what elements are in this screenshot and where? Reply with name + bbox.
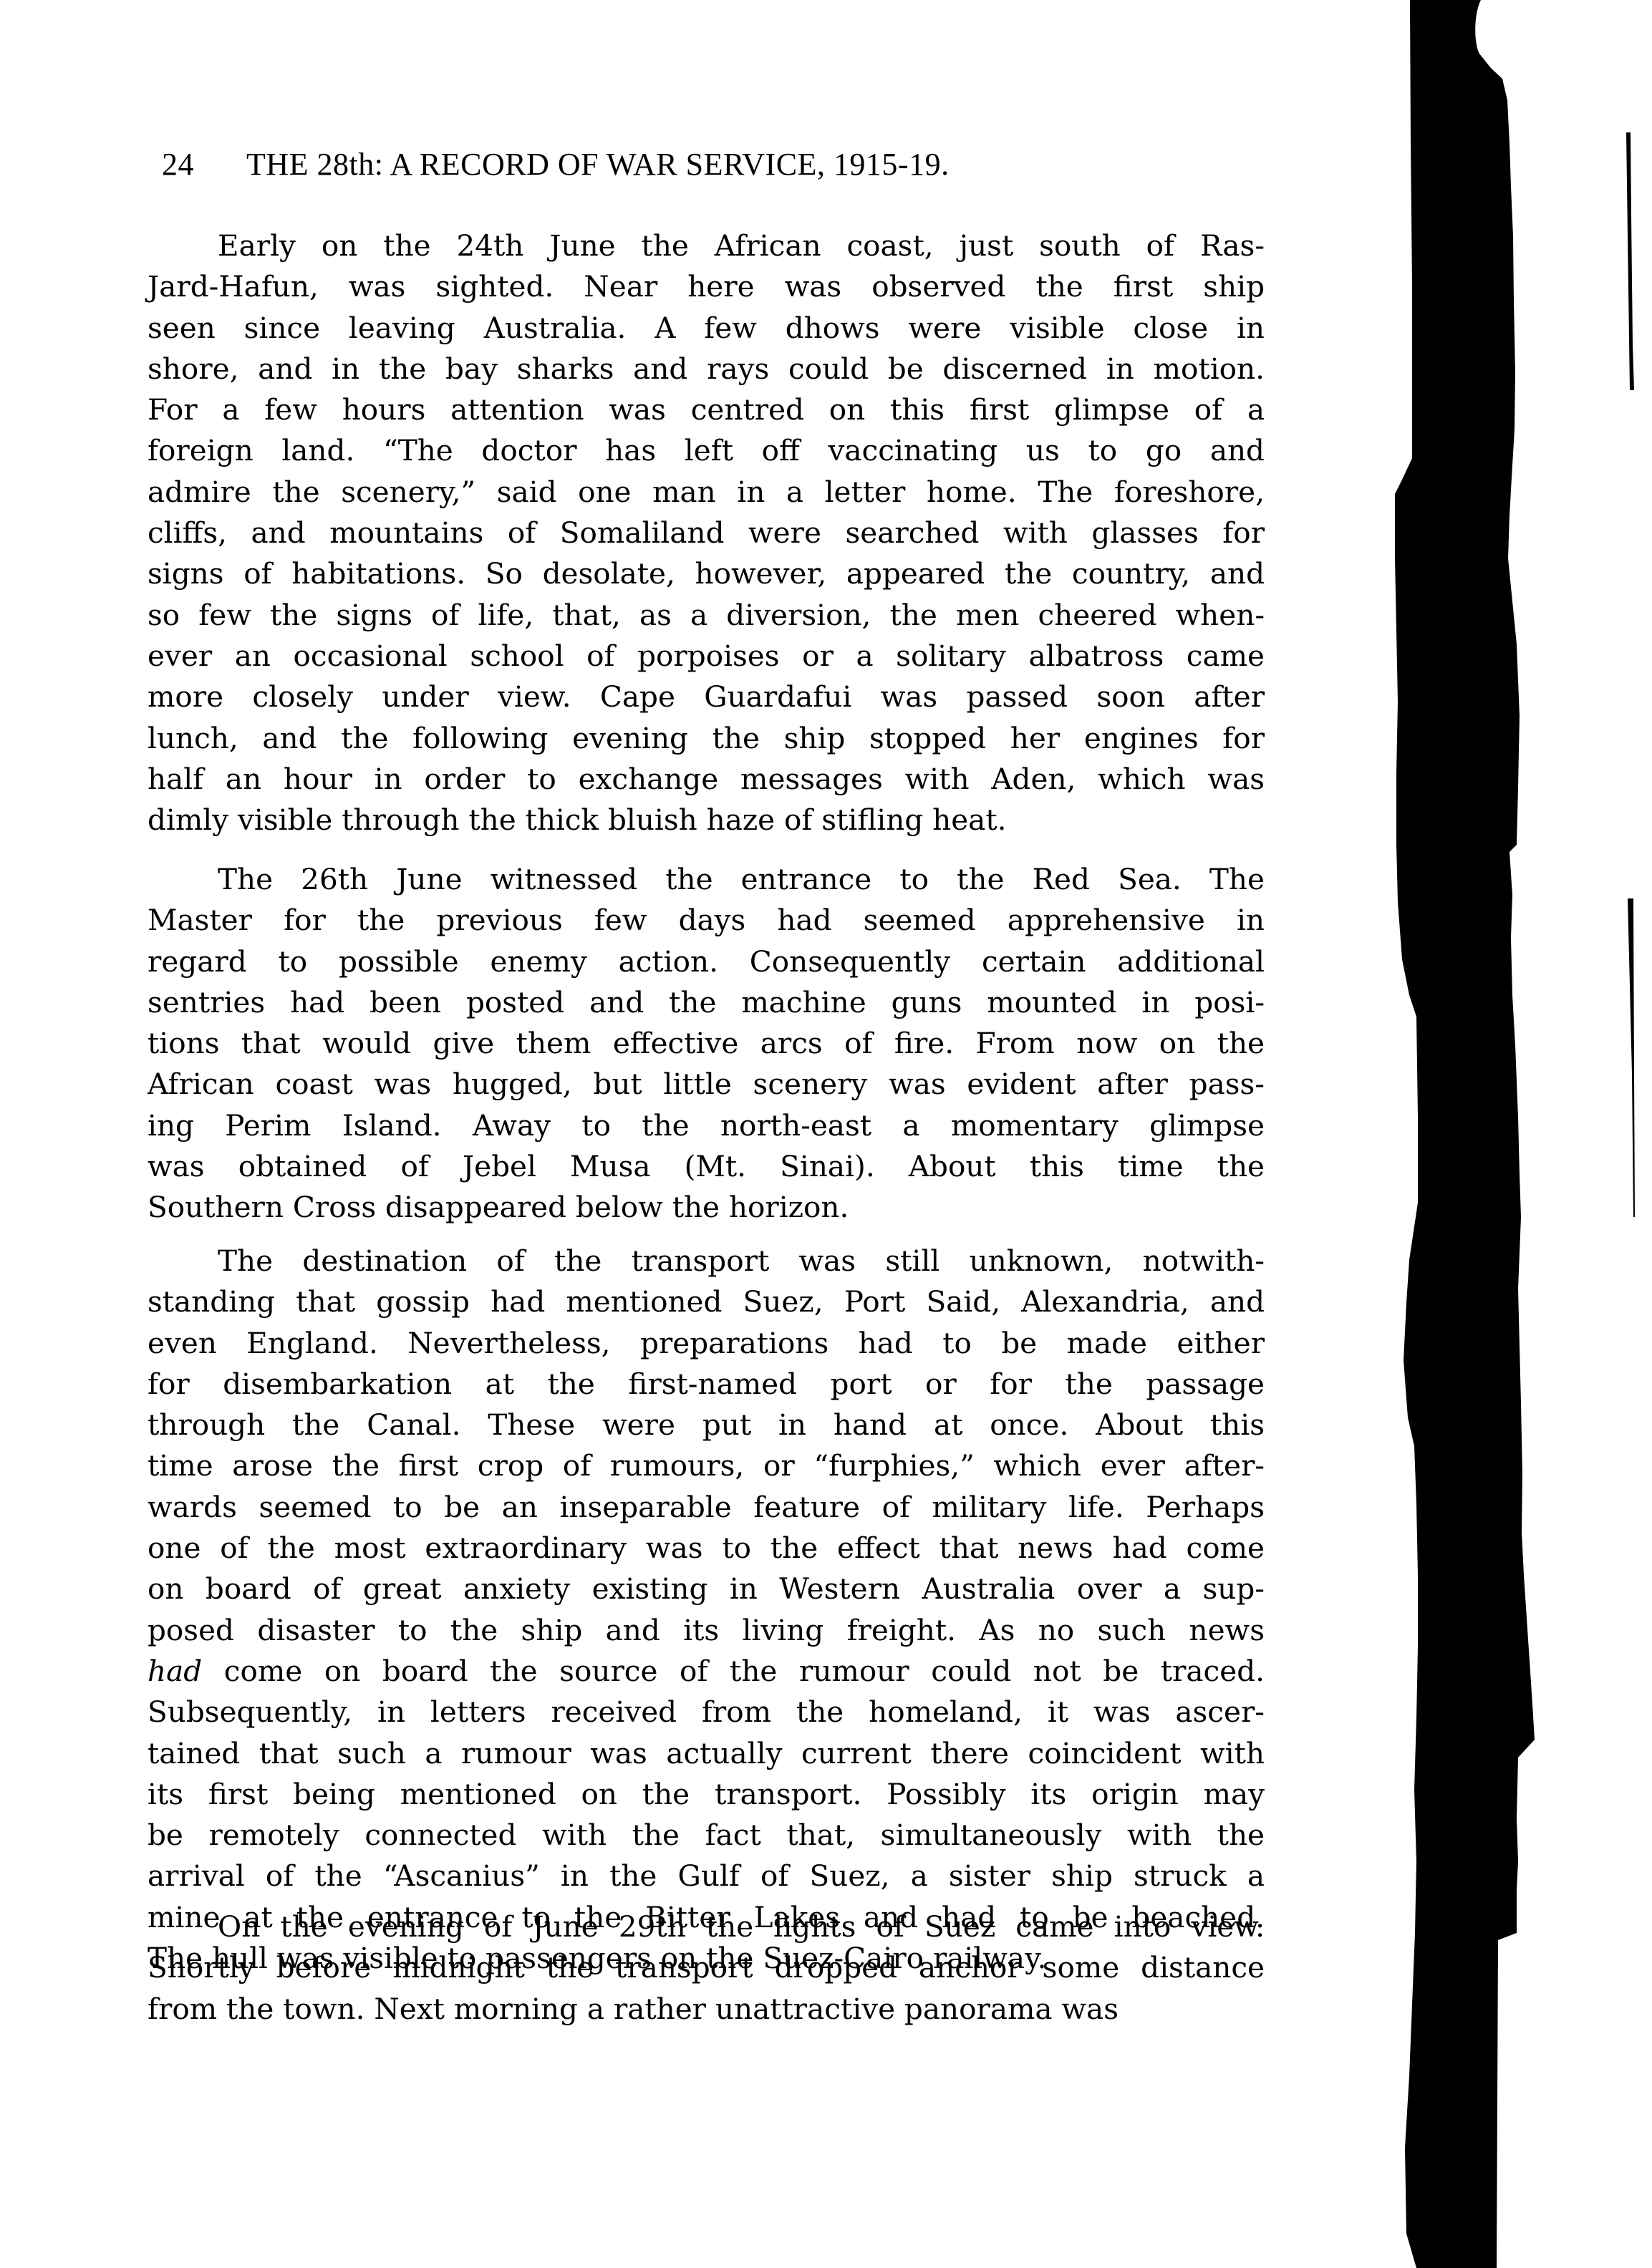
text-line: cliffs, and mountains of Somaliland were… — [148, 513, 1265, 553]
page-number: 24 — [162, 146, 246, 183]
text-line: The destination of the transport was sti… — [148, 1241, 1265, 1281]
text-line: one of the most extraordinary was to the… — [148, 1528, 1265, 1569]
text-line: ing Perim Island. Away to the north-east… — [148, 1105, 1265, 1146]
text-line: tions that would give them effective arc… — [148, 1023, 1265, 1064]
text-line: its first being mentioned on the transpo… — [148, 1774, 1265, 1815]
paragraph-3: The destination of the transport was sti… — [148, 1241, 1265, 1979]
text-line: had come on board the source of the rumo… — [148, 1651, 1265, 1692]
text-line: shore, and in the bay sharks and rays co… — [148, 349, 1265, 389]
text-line: half an hour in order to exchange messag… — [148, 759, 1265, 800]
running-title: THE 28th: A RECORD OF WAR SERVICE, 1915-… — [246, 147, 950, 182]
text-line: Master for the previous few days had see… — [148, 900, 1265, 941]
text-line: for disembarkation at the first-named po… — [148, 1364, 1265, 1405]
text-line: even England. Nevertheless, preparations… — [148, 1323, 1265, 1364]
text-line: For a few hours attention was centred on… — [148, 389, 1265, 430]
text-line: be remotely connected with the fact that… — [148, 1815, 1265, 1856]
text-line: seen since leaving Australia. A few dhow… — [148, 308, 1265, 349]
text-line: Southern Cross disappeared below the hor… — [148, 1187, 1265, 1228]
text-line: The 26th June witnessed the entrance to … — [148, 859, 1265, 900]
paragraph-2: The 26th June witnessed the entrance to … — [148, 859, 1265, 1228]
text-line: On the evening of June 29th the lights o… — [148, 1906, 1265, 1947]
text-line: Subsequently, in letters received from t… — [148, 1692, 1265, 1732]
text-line: signs of habitations. So desolate, howev… — [148, 553, 1265, 594]
text-line: Jard-Hafun, was sighted. Near here was o… — [148, 266, 1265, 307]
text-line: lunch, and the following evening the shi… — [148, 718, 1265, 759]
text-line: posed disaster to the ship and its livin… — [148, 1610, 1265, 1651]
paragraph-4: On the evening of June 29th the lights o… — [148, 1906, 1265, 2030]
text-line: wards seemed to be an inseparable featur… — [148, 1487, 1265, 1528]
text-line: on board of great anxiety existing in We… — [148, 1569, 1265, 1609]
text-line: admire the scenery,” said one man in a l… — [148, 472, 1265, 513]
text-line: tained that such a rumour was actually c… — [148, 1733, 1265, 1774]
paragraph-1: Early on the 24th June the African coast… — [148, 226, 1265, 840]
text-line: from the town. Next morning a rather una… — [148, 1989, 1265, 2030]
running-header: 24THE 28th: A RECORD OF WAR SERVICE, 191… — [162, 146, 1279, 183]
italic-emphasis: had — [148, 1654, 202, 1688]
text-line: sentries had been posted and the machine… — [148, 982, 1265, 1023]
text-line: African coast was hugged, but little sce… — [148, 1064, 1265, 1105]
text-line: through the Canal. These were put in han… — [148, 1405, 1265, 1445]
text-line: regard to possible enemy action. Consequ… — [148, 941, 1265, 982]
text-line: standing that gossip had mentioned Suez,… — [148, 1281, 1265, 1322]
text-line: foreign land. “The doctor has left off v… — [148, 430, 1265, 471]
text-line: arrival of the “Ascanius” in the Gulf of… — [148, 1856, 1265, 1896]
text-line: ever an occasional school of porpoises o… — [148, 636, 1265, 677]
text-line: was obtained of Jebel Musa (Mt. Sinai). … — [148, 1146, 1265, 1187]
text-line: more closely under view. Cape Guardafui … — [148, 677, 1265, 717]
text-line: so few the signs of life, that, as a div… — [148, 595, 1265, 636]
text-line: time arose the first crop of rumours, or… — [148, 1445, 1265, 1486]
text-line: Early on the 24th June the African coast… — [148, 226, 1265, 266]
text-line: Shortly before midnight the transport dr… — [148, 1947, 1265, 1988]
text-line: dimly visible through the thick bluish h… — [148, 800, 1265, 840]
